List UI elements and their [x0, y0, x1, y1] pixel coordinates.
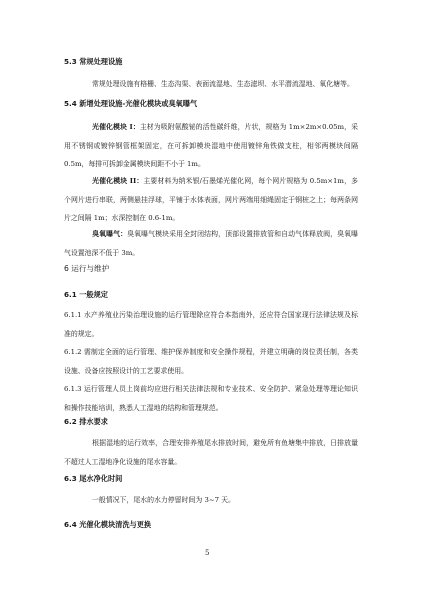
paragraph-photocatalytic-module-2: 光催化模块 II：主要材料为纳米银/石墨烯光催化网，每个网片规格为 0.5m×1…	[64, 172, 358, 228]
page-number: 5	[205, 549, 209, 557]
heading-5-3: 5.3 常规处理设施	[64, 57, 122, 67]
paragraph-6-2: 根据湿地的运行效率，合理安排养殖尾水排放时间，避免所有鱼塘集中排放，日排放量不超…	[64, 434, 358, 471]
heading-6-2: 6.2 排水要求	[64, 417, 108, 427]
clause-6-1-3: 6.1.3 运行管理人员上岗前均应进行相关法律法规和专业技术、安全防护、紧急处理…	[64, 380, 358, 417]
clause-6-1-2: 6.1.2 需制定全面的运行管理、维护保养制度和安全操作规程，并建立明确的岗位责…	[64, 343, 358, 380]
heading-6: 6 运行与维护	[64, 263, 109, 274]
heading-6-4: 6.4 光催化模块清洗与更换	[64, 520, 151, 530]
heading-5-4: 5.4 新增处理设施-光催化模块或臭氧曝气	[64, 99, 197, 109]
paragraph-6-3: 一般情况下，尾水的水力停留时间为 3~7 天。	[64, 491, 358, 510]
clause-6-1-1: 6.1.1 水产养殖业污染治理设施的运行管理除应符合本指南外，还应符合国家现行法…	[64, 306, 358, 343]
heading-6-3: 6.3 尾水净化时间	[64, 474, 122, 484]
paragraph-photocatalytic-module-1: 光催化模块 I：主材为吸附氨酸铋的活性碳纤维，片状，规格为 1m×2m×0.05…	[64, 118, 358, 174]
heading-6-1: 6.1 一般规定	[64, 290, 108, 300]
paragraph-5-3: 常规处理设施有格栅、生态沟渠、表面流湿地、生态滤坝、水平潜流湿地、氧化塘等。	[64, 75, 358, 94]
paragraph-ozone-aeration: 臭氧曝气：臭氧曝气模块采用全封闭结构，顶部设置排放管和自动气体释放阀，臭氧曝气设…	[64, 225, 358, 262]
document-page: 5.3 常规处理设施 常规处理设施有格栅、生态沟渠、表面流湿地、生态滤坝、水平潜…	[0, 0, 422, 596]
